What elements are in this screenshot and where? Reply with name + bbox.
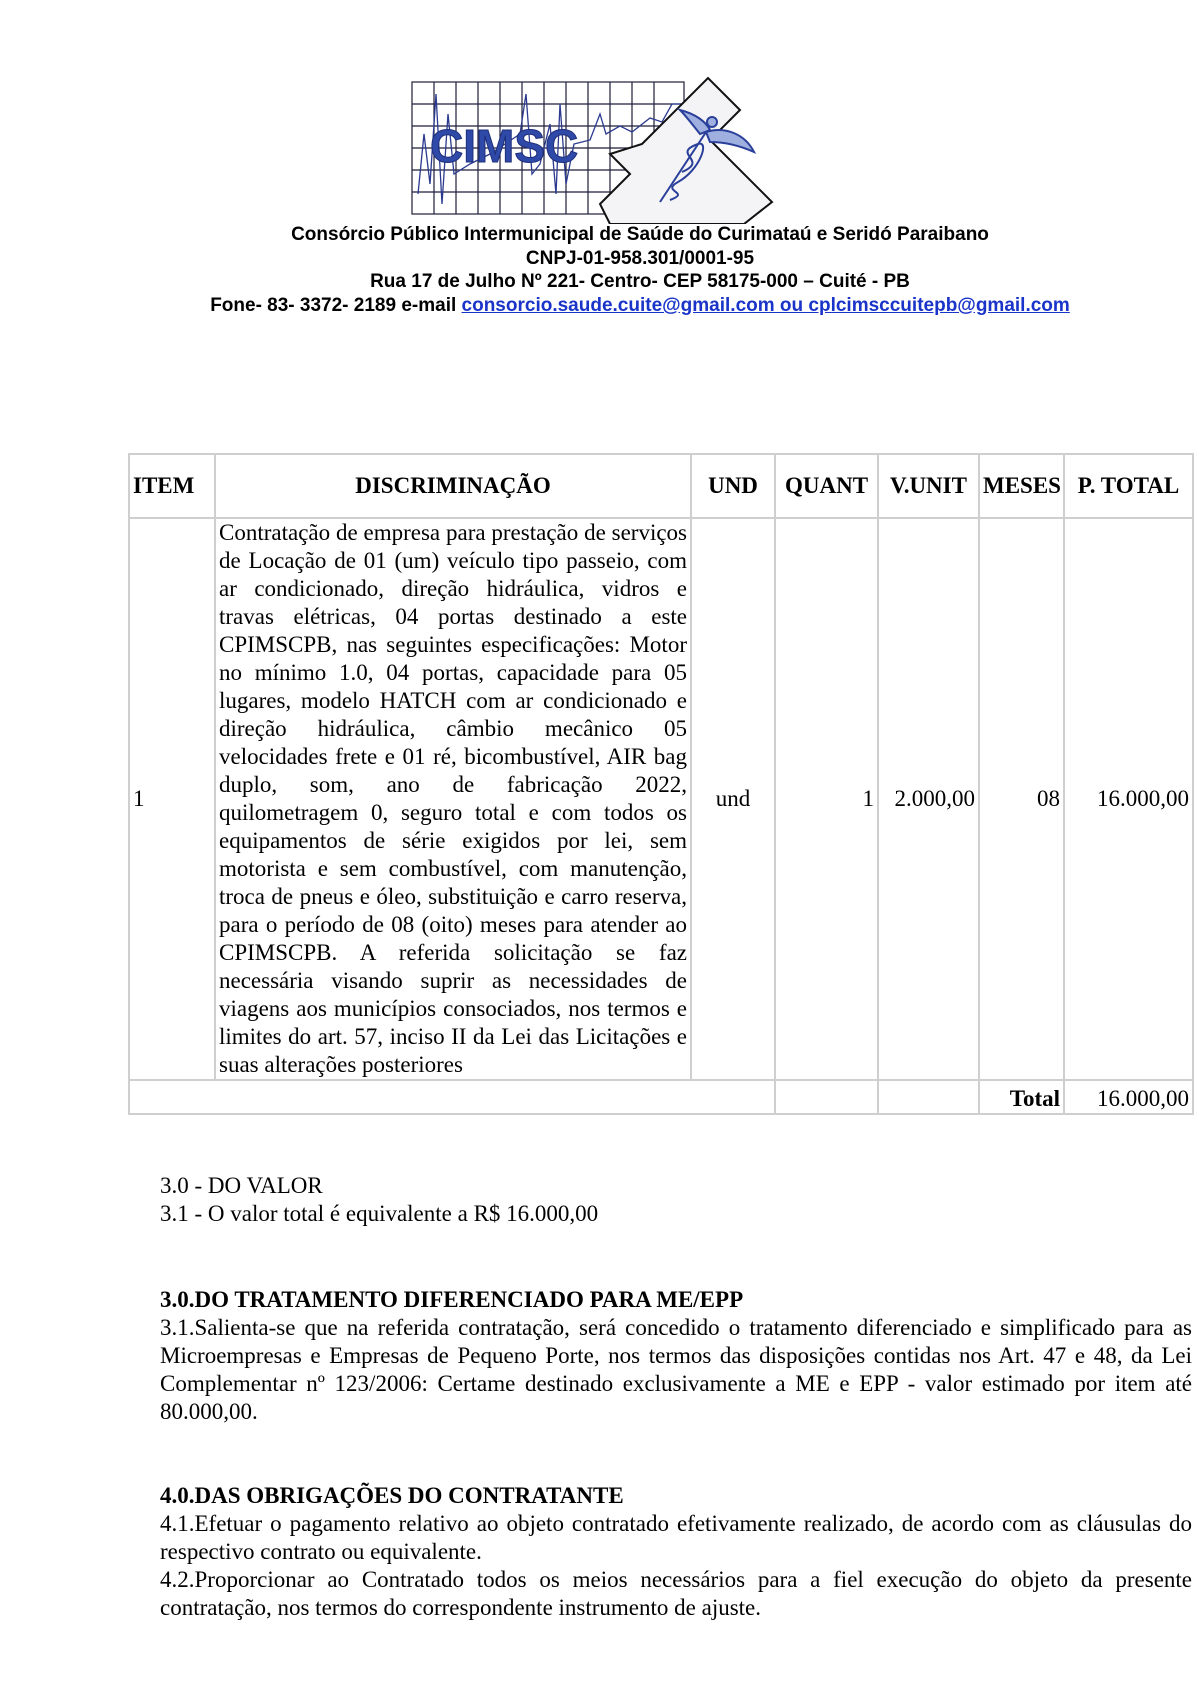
section-me-epp-title: 3.0.DO TRATAMENTO DIFERENCIADO PARA ME/E… — [160, 1286, 1192, 1314]
total-spacer — [129, 1080, 775, 1114]
header-p-total: P. TOTAL — [1064, 454, 1193, 518]
organization-contact: Fone- 83- 3372- 2189 e-mail consorcio.sa… — [0, 294, 1200, 317]
table-header-row: ITEM DISCRIMINAÇÃO UND QUANT V.UNIT MESE… — [129, 454, 1193, 518]
total-label: Total — [979, 1080, 1064, 1114]
phone-label: Fone- 83- 3372- 2189 e-mail — [210, 295, 461, 316]
cell-p-total: 16.000,00 — [1064, 518, 1193, 1080]
organization-name: Consórcio Público Intermunicipal de Saúd… — [0, 223, 1200, 246]
cimsc-logo: CIMSC — [410, 74, 780, 224]
cell-und: und — [691, 518, 775, 1080]
header-quant: QUANT — [775, 454, 878, 518]
cell-meses: 08 — [979, 518, 1064, 1080]
table-row: 1 Contratação de empresa para prestação … — [129, 518, 1193, 1080]
email-link[interactable]: consorcio.saude.cuite@gmail.com ou cplci… — [462, 295, 1070, 316]
header-v-unit: V.UNIT — [878, 454, 979, 518]
organization-cnpj: CNPJ-01-958.301/0001-95 — [0, 247, 1200, 270]
header-item: ITEM — [129, 454, 215, 518]
cell-description: Contratação de empresa para prestação de… — [215, 518, 691, 1080]
total-empty-cell — [775, 1080, 878, 1114]
total-value: 16.000,00 — [1064, 1080, 1193, 1114]
section-valor-text: 3.1 - O valor total é equivalente a R$ 1… — [160, 1200, 1192, 1228]
organization-address: Rua 17 de Julho Nº 221- Centro- CEP 5817… — [0, 270, 1200, 293]
table-total-row: Total 16.000,00 — [129, 1080, 1193, 1114]
section-me-epp-text: 3.1.Salienta-se que na referida contrata… — [160, 1314, 1192, 1426]
section-obrigacoes-title: 4.0.DAS OBRIGAÇÕES DO CONTRATANTE — [160, 1482, 1192, 1510]
header-und: UND — [691, 454, 775, 518]
svg-text:CIMSC: CIMSC — [430, 120, 578, 172]
cimsc-logo-graphic: CIMSC — [410, 74, 780, 224]
section-valor-title: 3.0 - DO VALOR — [160, 1172, 1192, 1200]
items-table: ITEM DISCRIMINAÇÃO UND QUANT V.UNIT MESE… — [128, 453, 1194, 1115]
header-discriminacao: DISCRIMINAÇÃO — [215, 454, 691, 518]
header-meses: MESES — [979, 454, 1064, 518]
cell-item: 1 — [129, 518, 215, 1080]
cell-v-unit: 2.000,00 — [878, 518, 979, 1080]
cell-quant: 1 — [775, 518, 878, 1080]
total-empty-cell — [878, 1080, 979, 1114]
section-obrigacoes-4-2: 4.2.Proporcionar ao Contratado todos os … — [160, 1566, 1192, 1622]
section-obrigacoes-4-1: 4.1.Efetuar o pagamento relativo ao obje… — [160, 1510, 1192, 1566]
